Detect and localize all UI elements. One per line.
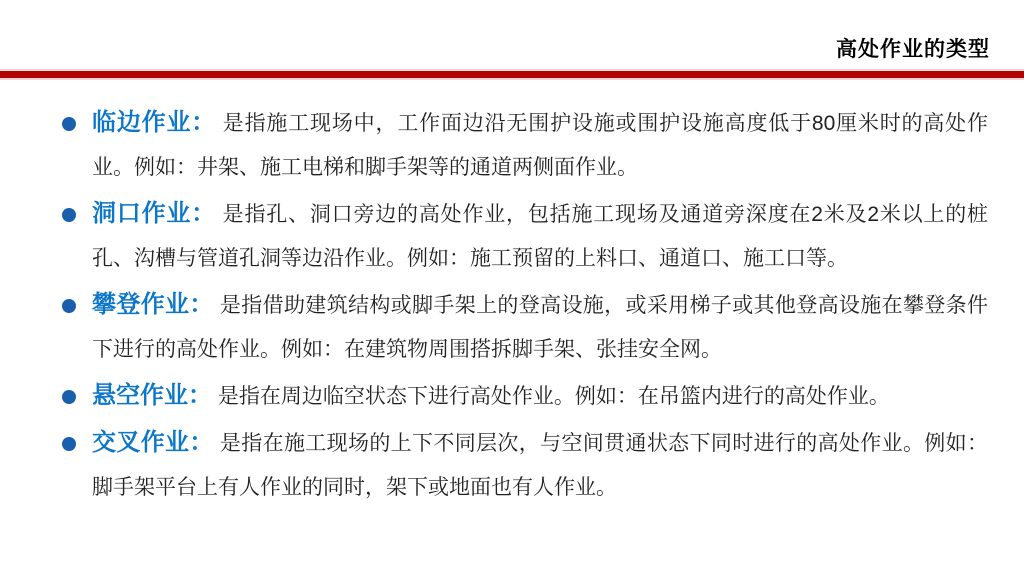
item-term: 交叉作业： xyxy=(92,429,214,456)
list-item: 交叉作业： 是指在施工现场的上下不同层次，与空间贯通状态下同时进行的高处作业。例… xyxy=(62,421,988,510)
red-divider-line xyxy=(0,69,1024,80)
bullet-dot-icon xyxy=(62,437,76,451)
bullet-dot-icon xyxy=(62,208,76,222)
list-item: 攀登作业： 是指借助建筑结构或脚手架上的登高设施，或采用梯子或其他登高设施在攀登… xyxy=(62,283,988,372)
slide: 高处作业的类型 临边作业： 是指施工现场中，工作面边沿无围护设施或围护设施高度低… xyxy=(0,0,1024,576)
list-item: 悬空作业： 是指在周边临空状态下进行高处作业。例如：在吊篮内进行的高处作业。 xyxy=(62,374,988,419)
item-body: 是指在施工现场的上下不同层次，与空间贯通状态下同时进行的高处作业。例如：脚手架平… xyxy=(92,432,988,499)
item-term: 悬空作业： xyxy=(92,382,212,409)
item-body: 是指借助建筑结构或脚手架上的登高设施，或采用梯子或其他登高设施在攀登条件下进行的… xyxy=(92,294,988,361)
item-term: 攀登作业： xyxy=(92,291,214,318)
bullet-list: 临边作业： 是指施工现场中，工作面边沿无围护设施或围护设施高度低于80厘米时的高… xyxy=(62,101,988,512)
bullet-dot-icon xyxy=(62,390,76,404)
item-body: 是指施工现场中，工作面边沿无围护设施或围护设施高度低于80厘米时的高处作业。例如… xyxy=(92,112,988,179)
list-item: 临边作业： 是指施工现场中，工作面边沿无围护设施或围护设施高度低于80厘米时的高… xyxy=(62,101,988,190)
item-body: 是指孔、洞口旁边的高处作业，包括施工现场及通道旁深度在2米及2米以上的桩孔、沟槽… xyxy=(92,203,988,270)
bullet-dot-icon xyxy=(62,299,76,313)
list-item: 洞口作业： 是指孔、洞口旁边的高处作业，包括施工现场及通道旁深度在2米及2米以上… xyxy=(62,192,988,281)
item-term: 洞口作业： xyxy=(92,200,216,227)
item-term: 临边作业： xyxy=(92,109,216,136)
item-body: 是指在周边临空状态下进行高处作业。例如：在吊篮内进行的高处作业。 xyxy=(218,385,890,408)
slide-title: 高处作业的类型 xyxy=(836,33,990,63)
bullet-dot-icon xyxy=(62,117,76,131)
